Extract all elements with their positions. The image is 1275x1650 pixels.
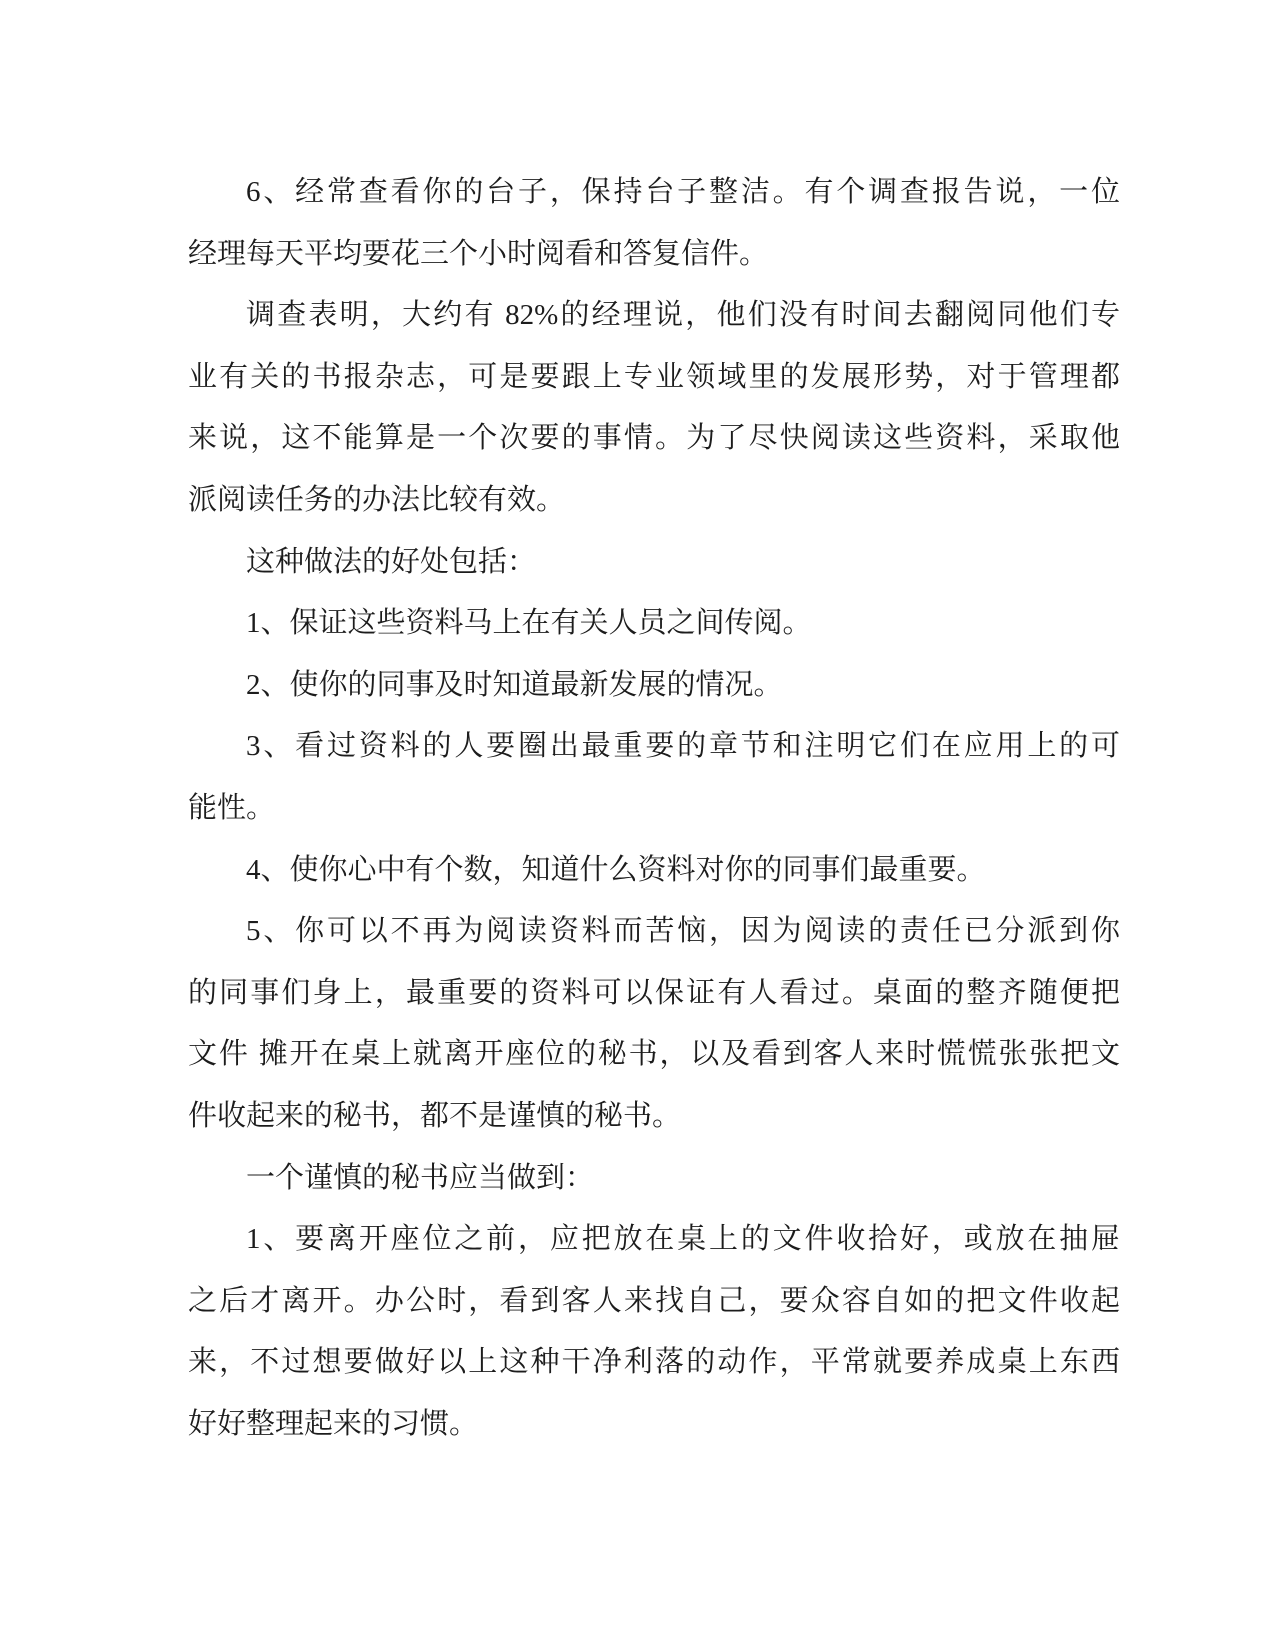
text-line: 件收起来的秘书，都不是谨慎的秘书。 (188, 1086, 1120, 1148)
text-line: 4、使你心中有个数，知道什么资料对你的同事们最重要。 (188, 840, 1120, 902)
text-line: 3、看过资料的人要圈出最重要的章节和注明它们在应用上的可 (188, 716, 1120, 778)
text-line: 这种做法的好处包括： (188, 532, 1120, 594)
text-line: 能性。 (188, 778, 1120, 840)
text-line: 1、要离开座位之前，应把放在桌上的文件收拾好，或放在抽屉 (188, 1209, 1120, 1271)
text-line: 的同事们身上，最重要的资料可以保证有人看过。桌面的整齐随便把 (188, 963, 1120, 1025)
text-line: 6、经常查看你的台子，保持台子整洁。有个调查报告说，一位 (188, 162, 1120, 224)
text-line: 来，不过想要做好以上这种干净利落的动作，平常就要养成桌上东西 (188, 1332, 1120, 1394)
text-line: 之后才离开。办公时，看到客人来找自己，要众容自如的把文件收起 (188, 1271, 1120, 1333)
text-line: 经理每天平均要花三个小时阅看和答复信件。 (188, 224, 1120, 286)
text-line: 5、你可以不再为阅读资料而苦恼，因为阅读的责任已分派到你 (188, 901, 1120, 963)
text-line: 2、使你的同事及时知道最新发展的情况。 (188, 655, 1120, 717)
text-line: 来说，这不能算是一个次要的事情。为了尽快阅读这些资料，采取他 (188, 408, 1120, 470)
text-line: 文件 摊开在桌上就离开座位的秘书，以及看到客人来时慌慌张张把文 (188, 1024, 1120, 1086)
document-page: 6、经常查看你的台子，保持台子整洁。有个调查报告说，一位经理每天平均要花三个小时… (0, 0, 1275, 1650)
text-line: 调查表明，大约有 82%的经理说，他们没有时间去翻阅同他们专 (188, 285, 1120, 347)
text-line: 好好整理起来的习惯。 (188, 1394, 1120, 1456)
text-line: 业有关的书报杂志，可是要跟上专业领域里的发展形势，对于管理都 (188, 347, 1120, 409)
text-line: 派阅读任务的办法比较有效。 (188, 470, 1120, 532)
document-body: 6、经常查看你的台子，保持台子整洁。有个调查报告说，一位经理每天平均要花三个小时… (188, 162, 1120, 1455)
text-line: 一个谨慎的秘书应当做到： (188, 1148, 1120, 1210)
text-line: 1、保证这些资料马上在有关人员之间传阅。 (188, 593, 1120, 655)
